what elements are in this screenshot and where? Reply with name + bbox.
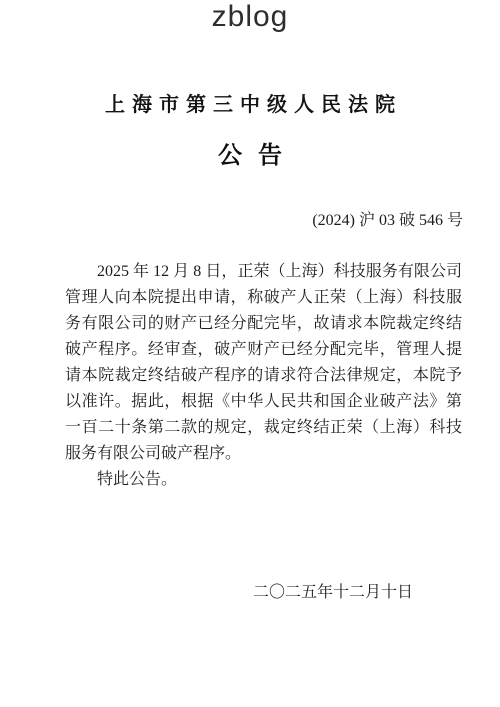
document-body: 2025 年 12 月 8 日，正荣（上海）科技服务有限公司管理人向本院提出申请… <box>0 259 500 493</box>
case-number: (2024) 沪 03 破 546 号 <box>0 211 500 231</box>
site-title-link[interactable]: zblog <box>212 0 289 33</box>
site-header: zblog <box>0 0 500 33</box>
document-date: 二〇二五年十二月十日 <box>0 583 500 603</box>
paragraph-main: 2025 年 12 月 8 日，正荣（上海）科技服务有限公司管理人向本院提出申请… <box>65 259 462 467</box>
court-name-heading: 上海市第三中级人民法院 <box>0 93 500 117</box>
paragraph-closing: 特此公告。 <box>65 467 462 493</box>
document-title: 公告 <box>0 143 500 169</box>
announcement-document: 上海市第三中级人民法院 公告 (2024) 沪 03 破 546 号 2025 … <box>0 93 500 603</box>
